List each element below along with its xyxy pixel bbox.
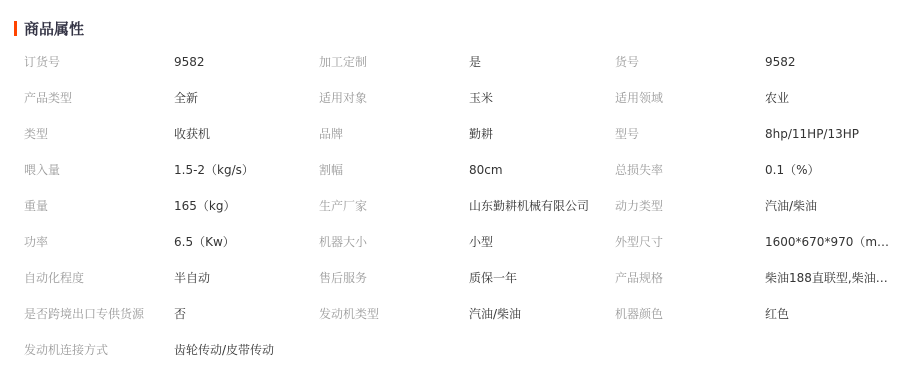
attribute-label: 动力类型	[615, 196, 663, 216]
attribute-label: 喂入量	[24, 160, 60, 180]
attribute-label: 适用领域	[615, 88, 663, 108]
attribute-row: 是否跨境出口专供货源 否 发动机类型 汽油/柴油 机器颜色 红色	[24, 304, 901, 340]
attribute-row: 产品类型 全新 适用对象 玉米 适用领域 农业	[24, 88, 901, 124]
attribute-label: 机器颜色	[615, 304, 663, 324]
attribute-row: 订货号 9582 加工定制 是 货号 9582	[24, 52, 901, 88]
attribute-value: 否	[174, 304, 186, 324]
attribute-label: 产品类型	[24, 88, 72, 108]
attribute-label: 货号	[615, 52, 639, 72]
attribute-label: 自动化程度	[24, 268, 84, 288]
attribute-value: 8hp/11HP/13HP	[765, 124, 859, 144]
attribute-label: 生产厂家	[319, 196, 367, 216]
attribute-value: 6.5（Kw）	[174, 232, 235, 252]
attribute-label: 售后服务	[319, 268, 367, 288]
attribute-label: 类型	[24, 124, 48, 144]
attribute-value: 山东勤耕机械有限公司	[469, 196, 589, 216]
attribute-label: 是否跨境出口专供货源	[24, 304, 144, 324]
attribute-value: 农业	[765, 88, 789, 108]
attribute-label: 发动机连接方式	[24, 340, 108, 360]
attribute-label: 订货号	[24, 52, 60, 72]
attribute-value: 汽油/柴油	[469, 304, 521, 324]
attribute-row: 发动机连接方式 齿轮传动/皮带传动	[24, 340, 901, 374]
attribute-value: 80cm	[469, 160, 503, 180]
attribute-row: 喂入量 1.5-2（kg/s） 割幅 80cm 总损失率 0.1（%）	[24, 160, 901, 196]
attribute-label: 品牌	[319, 124, 343, 144]
attribute-row: 重量 165（kg） 生产厂家 山东勤耕机械有限公司 动力类型 汽油/柴油	[24, 196, 901, 232]
attribute-value: 是	[469, 52, 481, 72]
attribute-value: 9582	[765, 52, 796, 72]
attribute-row: 类型 收获机 品牌 勤耕 型号 8hp/11HP/13HP	[24, 124, 901, 160]
attribute-row: 自动化程度 半自动 售后服务 质保一年 产品规格 柴油188直联型,柴油1...	[24, 268, 901, 304]
attribute-value: 齿轮传动/皮带传动	[174, 340, 274, 360]
attribute-value: 9582	[174, 52, 205, 72]
attribute-label: 发动机类型	[319, 304, 379, 324]
attribute-value: 柴油188直联型,柴油1...	[765, 268, 893, 288]
attribute-label: 加工定制	[319, 52, 367, 72]
attribute-value: 全新	[174, 88, 198, 108]
accent-bar	[14, 21, 17, 36]
attribute-value: 勤耕	[469, 124, 493, 144]
attribute-label: 型号	[615, 124, 639, 144]
section-header: 商品属性	[14, 18, 84, 38]
attribute-value: 汽油/柴油	[765, 196, 817, 216]
attribute-value: 红色	[765, 304, 789, 324]
attribute-value: 小型	[469, 232, 493, 252]
section-title: 商品属性	[24, 18, 84, 39]
attribute-value: 0.1（%）	[765, 160, 820, 180]
attribute-value: 玉米	[469, 88, 493, 108]
attribute-label: 总损失率	[615, 160, 663, 180]
attribute-label: 适用对象	[319, 88, 367, 108]
attribute-label: 机器大小	[319, 232, 367, 252]
attribute-row: 功率 6.5（Kw） 机器大小 小型 外型尺寸 1600*670*970（mm）	[24, 232, 901, 268]
attribute-label: 割幅	[319, 160, 343, 180]
attribute-label: 功率	[24, 232, 48, 252]
attribute-label: 产品规格	[615, 268, 663, 288]
attribute-value: 质保一年	[469, 268, 517, 288]
attribute-label: 重量	[24, 196, 48, 216]
attribute-value: 1600*670*970（mm）	[765, 232, 893, 252]
attribute-value: 收获机	[174, 124, 210, 144]
attribute-value: 半自动	[174, 268, 210, 288]
attribute-label: 外型尺寸	[615, 232, 663, 252]
attribute-table: 订货号 9582 加工定制 是 货号 9582 产品类型 全新 适用对象 玉米 …	[24, 52, 901, 374]
attribute-value: 1.5-2（kg/s）	[174, 160, 254, 180]
attribute-value: 165（kg）	[174, 196, 235, 216]
